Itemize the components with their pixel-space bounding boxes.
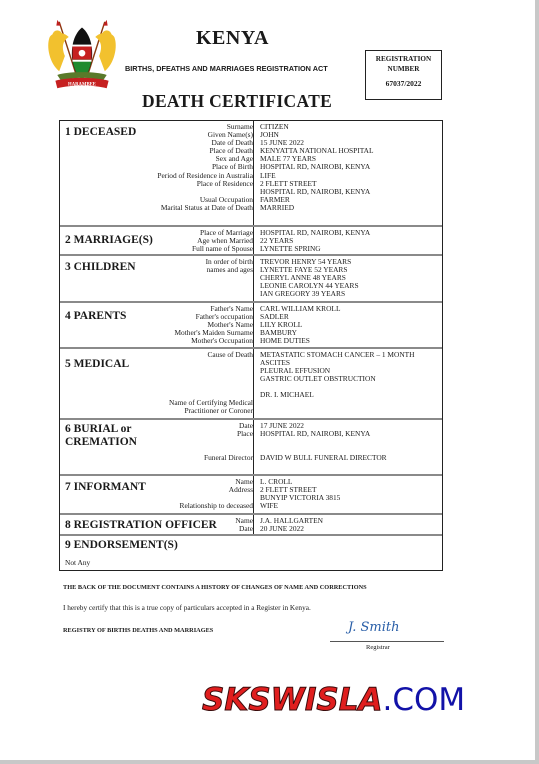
label-cause-of-death: Cause of Death xyxy=(169,351,253,359)
field-value: LYNETTE SPRING xyxy=(260,245,370,253)
label-relationship: Relationship to deceased xyxy=(180,502,253,510)
label-funeral-director: Funeral Director xyxy=(204,454,253,462)
section-title: 9 ENDORSEMENT(S) xyxy=(65,539,178,552)
value-relationship: WIFE xyxy=(260,502,340,510)
coat-of-arms-icon: HARAMBEE xyxy=(44,18,120,94)
section-title: 3 CHILDREN xyxy=(65,261,136,274)
field-value: HOSPITAL RD, NAIROBI, KENYA xyxy=(260,163,374,171)
field-value: HOME DUTIES xyxy=(260,337,340,345)
label-certifier-2: Practitioner or Coroner xyxy=(169,407,253,415)
field-label: Place of Residence xyxy=(157,180,253,188)
field-values: METASTATIC STOMACH CANCER – 1 MONTHASCIT… xyxy=(253,349,415,418)
section-title: 8 REGISTRATION OFFICER xyxy=(65,519,217,532)
svg-text:HARAMBEE: HARAMBEE xyxy=(68,82,96,87)
field-label: Full name of Spouse xyxy=(192,245,253,253)
watermark-part2: .COM xyxy=(382,682,465,718)
endorsements-text: Not Any xyxy=(65,558,90,567)
field-labels: In order of birth names and ages xyxy=(206,258,253,274)
cause-of-death-entry: GASTRIC OUTLET OBSTRUCTION xyxy=(260,375,415,383)
field-value: MARRIED xyxy=(260,204,374,212)
label-address: Address xyxy=(180,486,253,494)
registration-label-1: REGISTRATION xyxy=(366,54,441,64)
registrar-label: Registrar xyxy=(366,644,390,651)
value-date: 20 JUNE 2022 xyxy=(260,525,323,533)
section-title: 7 INFORMANT xyxy=(65,481,146,494)
watermark: SKSWISLA.COM xyxy=(202,682,465,718)
field-labels: Name Address Relationship to deceased xyxy=(180,478,253,510)
value-place: HOSPITAL RD, NAIROBI, KENYA xyxy=(260,430,387,438)
section-title: 1 DECEASED xyxy=(65,126,136,139)
registration-number: 67037/2022 xyxy=(366,79,441,89)
field-labels: SurnameGiven Name(s)Date of DeathPlace o… xyxy=(157,123,253,212)
field-labels: Name Date xyxy=(235,517,253,533)
field-values: L. CROLL 2 FLETT STREET BUNYIP VICTORIA … xyxy=(253,476,340,513)
registration-label-2: NUMBER xyxy=(366,64,441,74)
section-parents: 4 PARENTS Father's NameFather's occupati… xyxy=(60,303,442,349)
registration-number-box: REGISTRATION NUMBER 67037/2022 xyxy=(365,50,442,100)
section-title-line1: 6 BURIAL or xyxy=(65,423,131,436)
field-labels: Father's NameFather's occupationMother's… xyxy=(174,305,253,345)
section-registration-officer: 8 REGISTRATION OFFICER Name Date J.A. HA… xyxy=(60,515,442,536)
field-labels: Cause of Death Name of Certifying Medica… xyxy=(169,351,253,415)
label-children-2: names and ages xyxy=(206,266,253,274)
children-list: TREVOR HENRY 54 YEARSLYNETTE FAYE 52 YEA… xyxy=(253,256,359,301)
field-labels: Date Place Funeral Director xyxy=(204,422,253,462)
watermark-part1: SKSWISLA xyxy=(202,682,382,718)
field-values: 17 JUNE 2022 HOSPITAL RD, NAIROBI, KENYA… xyxy=(253,420,387,474)
registry-name: REGISTRY OF BIRTHS DEATHS AND MARRIAGES xyxy=(63,627,213,634)
value-certifier: DR. I. MICHAEL xyxy=(260,391,415,399)
registrar-signature: J. Smith xyxy=(348,620,399,635)
certificate-title: DEATH CERTIFICATE xyxy=(142,91,332,112)
signature-line xyxy=(330,641,444,642)
country-title: KENYA xyxy=(196,27,269,50)
section-medical: 5 MEDICAL Cause of Death Name of Certify… xyxy=(60,349,442,420)
section-title-line2: CREMATION xyxy=(65,436,137,449)
page-edge-right xyxy=(535,0,539,764)
section-endorsements: 9 ENDORSEMENT(S) Not Any xyxy=(60,536,442,570)
section-children: 3 CHILDREN In order of birth names and a… xyxy=(60,256,442,303)
field-values: CITIZENJOHN15 JUNE 2022KENYATTA NATIONAL… xyxy=(253,121,374,225)
section-title: 5 MEDICAL xyxy=(65,358,129,371)
value-funeral-director: DAVID W BULL FUNERAL DIRECTOR xyxy=(260,454,387,462)
field-values: CARL WILLIAM KROLLSADLERLILY KROLLBAMBUR… xyxy=(253,303,340,347)
field-label: Mother's Occupation xyxy=(174,337,253,345)
child-entry: IAN GREGORY 39 YEARS xyxy=(260,290,359,298)
section-marriage: 2 MARRIAGE(S) Place of MarriageAge when … xyxy=(60,227,442,256)
page-edge-bottom xyxy=(0,760,539,764)
section-deceased: 1 DECEASED SurnameGiven Name(s)Date of D… xyxy=(60,121,442,227)
field-labels: Place of MarriageAge when MarriedFull na… xyxy=(192,229,253,253)
field-values: J.A. HALLGARTEN 20 JUNE 2022 xyxy=(253,515,323,534)
field-values: HOSPITAL RD, NAIROBI, KENYA22 YEARSLYNET… xyxy=(253,227,370,254)
label-place: Place xyxy=(204,430,253,438)
label-date: Date xyxy=(235,525,253,533)
back-of-document-note: THE BACK OF THE DOCUMENT CONTAINS A HIST… xyxy=(63,584,367,591)
section-title: 4 PARENTS xyxy=(65,310,126,323)
section-burial: 6 BURIAL or CREMATION Date Place Funeral… xyxy=(60,420,442,476)
section-informant: 7 INFORMANT Name Address Relationship to… xyxy=(60,476,442,515)
act-subtitle: BIRTHS, DFEATHS AND MARRIAGES REGISTRATI… xyxy=(125,64,328,73)
certificate-table: 1 DECEASED SurnameGiven Name(s)Date of D… xyxy=(59,120,443,571)
section-title: 2 MARRIAGE(S) xyxy=(65,234,153,247)
certification-statement: I hereby certify that this is a true cop… xyxy=(63,603,311,612)
field-label: Marital Status at Date of Death xyxy=(157,204,253,212)
